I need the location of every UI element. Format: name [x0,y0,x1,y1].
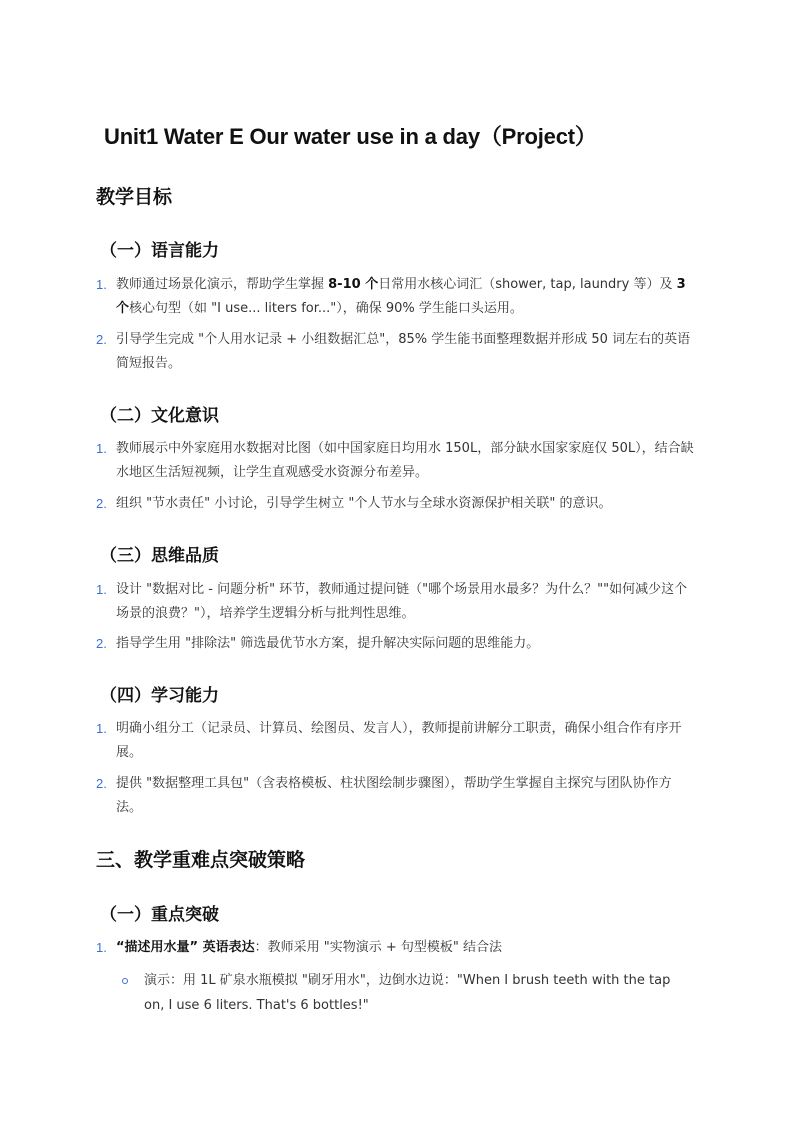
list-number: 2. [96,632,107,656]
list-item-text: 提供 "数据整理工具包"（含表格模板、柱状图绘制步骤图），帮助学生掌握自主探究与… [116,772,696,820]
heading-cultural-awareness: （二）文化意识 [100,401,219,426]
list-number: 1. [96,578,107,602]
list-item: 2. 引导学生完成 "个人用水记录 + 小组数据汇总"，85% 学生能书面整理数… [96,328,696,376]
sub-list-item-text: 演示：用 1L 矿泉水瓶模拟 "刷牙用水"，边倒水边说："When I brus… [144,968,682,1018]
list-item: 2. 提供 "数据整理工具包"（含表格模板、柱状图绘制步骤图），帮助学生掌握自主… [96,772,696,820]
heading-thinking-quality: （三）思维品质 [100,541,219,566]
list-number: 2. [96,772,107,796]
list-item-text: 教师通过场景化演示，帮助学生掌握 8-10 个日常用水核心词汇（shower, … [116,273,696,321]
list-item: 1. 设计 "数据对比 - 问题分析" 环节，教师通过提问链（"哪个场景用水最多… [96,578,696,626]
heading-key-points: （一）重点突破 [100,900,219,925]
list-item-text: “描述用水量” 英语表达：教师采用 "实物演示 + 句型模板" 结合法 [116,936,696,960]
list-item: 2. 组织 "节水责任" 小讨论，引导学生树立 "个人节水与全球水资源保护相关联… [96,492,696,516]
list-number: 2. [96,328,107,352]
list-item: 1. 教师展示中外家庭用水数据对比图（如中国家庭日均用水 150L，部分缺水国家… [96,437,696,485]
sub-list-item: 演示：用 1L 矿泉水瓶模拟 "刷牙用水"，边倒水边说："When I brus… [122,968,682,1018]
list-item-text: 引导学生完成 "个人用水记录 + 小组数据汇总"，85% 学生能书面整理数据并形… [116,328,696,376]
document-title: Unit1 Water E Our water use in a day（Pro… [104,120,597,151]
list-number: 2. [96,492,107,516]
document-page: Unit1 Water E Our water use in a day（Pro… [0,0,794,1123]
list-item-text: 组织 "节水责任" 小讨论，引导学生树立 "个人节水与全球水资源保护相关联" 的… [116,492,696,516]
heading-language-ability: （一）语言能力 [100,236,219,261]
list-number: 1. [96,273,107,297]
heading-objectives: 教学目标 [96,182,172,209]
list-item-text: 明确小组分工（记录员、计算员、绘图员、发言人），教师提前讲解分工职责，确保小组合… [116,717,696,765]
heading-strategies: 三、教学重难点突破策略 [96,845,305,872]
list-item: 2. 指导学生用 "排除法" 筛选最优节水方案，提升解决实际问题的思维能力。 [96,632,696,656]
list-item: 1. 明确小组分工（记录员、计算员、绘图员、发言人），教师提前讲解分工职责，确保… [96,717,696,765]
list-item: 1. “描述用水量” 英语表达：教师采用 "实物演示 + 句型模板" 结合法 [96,936,696,960]
list-number: 1. [96,936,107,960]
list-number: 1. [96,717,107,741]
list-item: 1. 教师通过场景化演示，帮助学生掌握 8-10 个日常用水核心词汇（showe… [96,273,696,321]
list-number: 1. [96,437,107,461]
list-item-text: 教师展示中外家庭用水数据对比图（如中国家庭日均用水 150L，部分缺水国家家庭仅… [116,437,696,485]
list-item-text: 设计 "数据对比 - 问题分析" 环节，教师通过提问链（"哪个场景用水最多？为什… [116,578,696,626]
list-item-text: 指导学生用 "排除法" 筛选最优节水方案，提升解决实际问题的思维能力。 [116,632,696,656]
bullet-circle-icon [122,978,128,984]
heading-learning-ability: （四）学习能力 [100,681,219,706]
